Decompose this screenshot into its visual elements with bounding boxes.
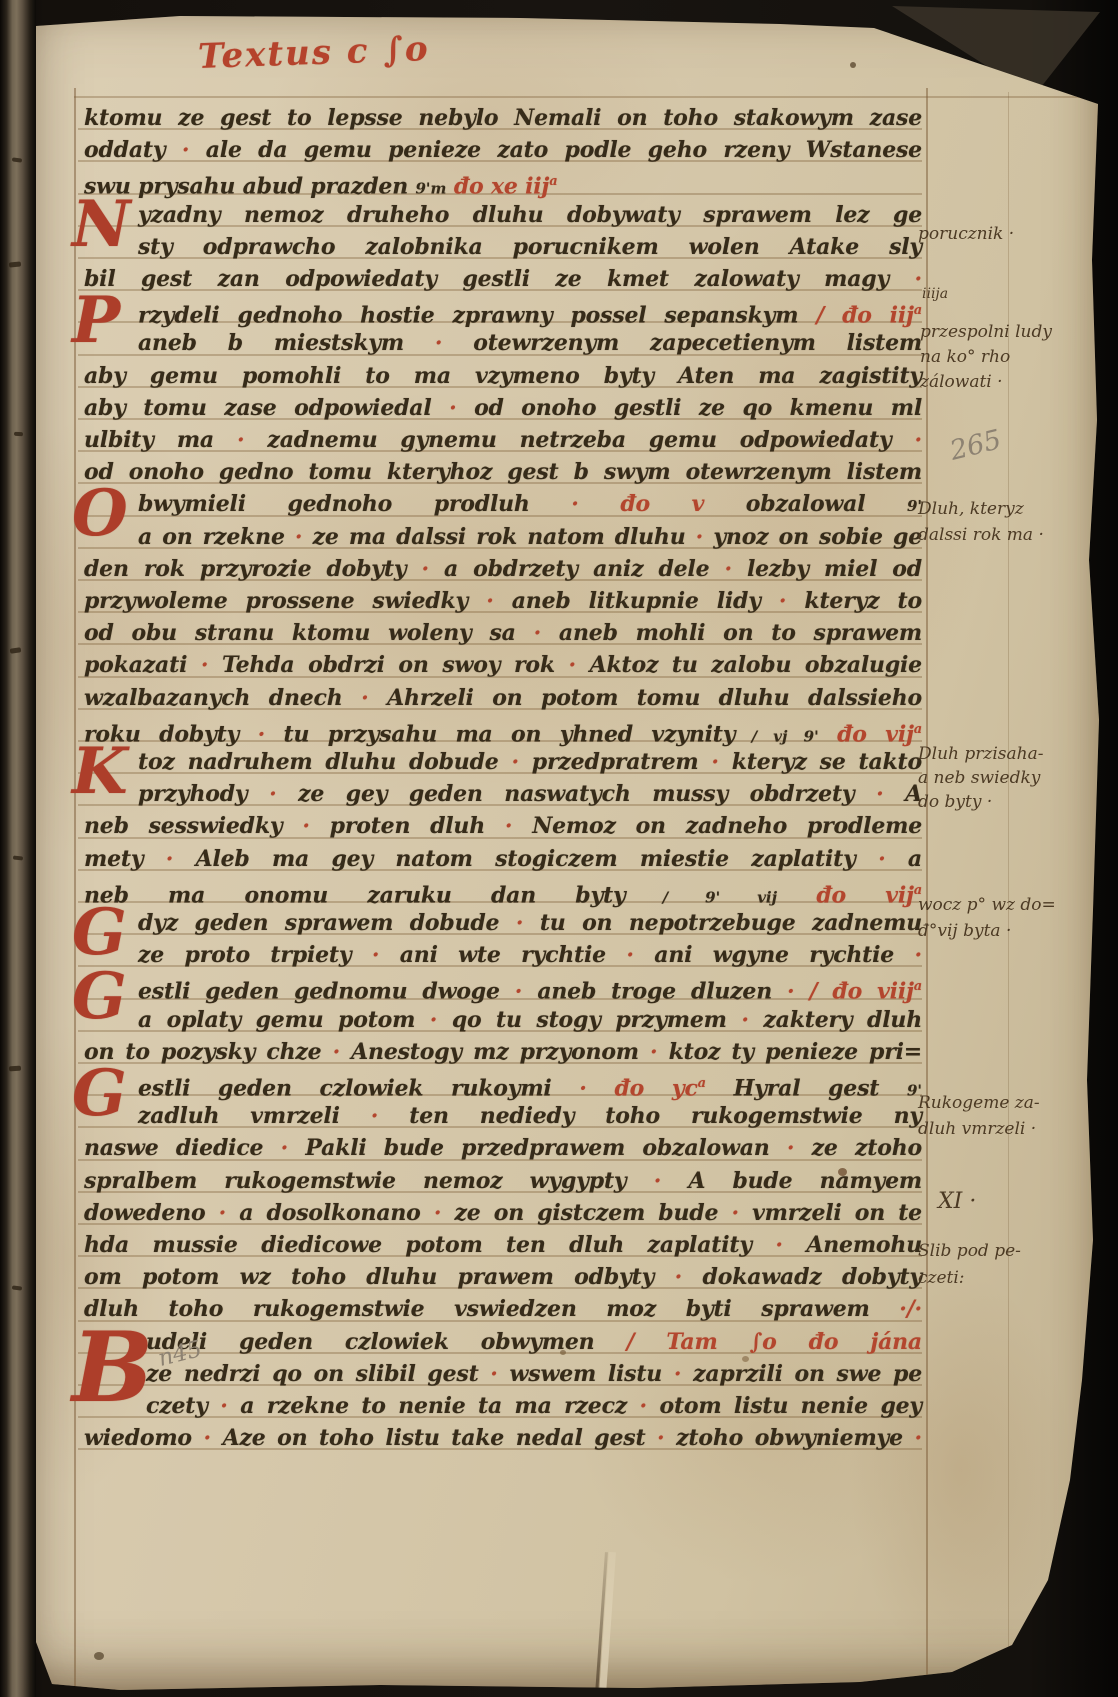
rubric-text: · xyxy=(404,330,473,356)
body-text: Tehda obdrzi on swoy rok xyxy=(222,652,555,678)
manuscript-line: dyz geden sprawem dobude · tu on nepotrz… xyxy=(84,907,922,941)
rubric-text: / Tam ∫o đo jána xyxy=(594,1329,922,1355)
body-text: otewrzenym zapecetienym listem xyxy=(473,330,922,356)
manuscript-line: przyhody · ze gey geden naswatych mussy … xyxy=(84,778,922,812)
manuscript-line: ze nedrzi qo on slibil gest · wswem list… xyxy=(84,1358,922,1392)
body-text: ten nediedy toho rukogemstwie ny xyxy=(409,1103,922,1129)
page-edge-fragment xyxy=(14,432,23,437)
margin-note-line: czeti: xyxy=(918,1265,1021,1292)
body-text: ktoz ty penieze pri= xyxy=(669,1039,922,1065)
margin-note-line: 265 xyxy=(948,428,1004,464)
body-text: om potom wz toho dluhu prawem odbyty xyxy=(84,1264,654,1290)
rubric-text: · xyxy=(214,427,267,453)
margin-note-line: XI · xyxy=(938,1190,976,1214)
manuscript-line: ktomu ze gest to lepsse nebylo Nemali on… xyxy=(84,102,922,136)
margin-note: Rukogeme za-dluh vmrzeli · xyxy=(918,1090,1040,1142)
body-text: Aktoz tu zalobu obzalugie xyxy=(590,652,922,678)
rubric-text: đo xe iij xyxy=(446,174,549,200)
manuscript-line: neb ma onomu zaruku dan byty / 9' vij đo… xyxy=(84,875,922,909)
body-text: dokawadz dobyty xyxy=(703,1264,922,1290)
illuminated-initial: G xyxy=(72,967,127,1028)
body-text: ynoz on sobie ge xyxy=(713,524,922,550)
rubric-text: · xyxy=(208,1393,240,1419)
body-text: spralbem rukogemstwie nemoz wygypty xyxy=(84,1168,627,1194)
body-text: ze on gistczem bude xyxy=(455,1200,719,1226)
body-text: pokazati xyxy=(84,652,187,678)
rubric-text: · xyxy=(770,1135,812,1161)
rubric-text: · xyxy=(855,781,906,807)
body-text: a dosolkonano xyxy=(239,1200,420,1226)
body-text: ze gey geden naswatych mussy obdrzety xyxy=(298,781,854,807)
rubric-text: · xyxy=(516,620,559,646)
margin-note: wocz p° wz do=đ°vij byta · xyxy=(918,892,1056,944)
manuscript-line: toz nadruhem dluhu dobude · przedpratrem… xyxy=(84,746,922,780)
rubric-text: · xyxy=(248,781,299,807)
manuscript-line: yzadny nemoz druheho dluhu dobywaty spra… xyxy=(84,199,922,233)
body-text: proten dluh xyxy=(330,813,485,839)
margin-note-line: a neb swiedky xyxy=(918,766,1043,790)
manuscript-line: naswe diedice · Pakli bude przedprawem o… xyxy=(84,1132,922,1166)
margin-note-line: Dluh, kteryz xyxy=(918,496,1044,522)
body-text: / 9' vij xyxy=(626,888,777,906)
margin-note: Slib pod pe-czeti: xyxy=(918,1238,1021,1292)
body-text: udeli geden czlowiek obwymen xyxy=(146,1329,594,1355)
rubric-text: · xyxy=(285,524,313,550)
body-text: zaprzili on swe pe xyxy=(693,1361,922,1387)
body-text: bil gest zan odpowiedaty gestli ze kmet … xyxy=(84,266,889,292)
body-text: Pakli bude przedprawem obzalowan xyxy=(305,1135,769,1161)
margin-note-line: dalssi rok ma · xyxy=(918,522,1044,548)
manuscript-line: spralbem rukogemstwie nemoz wygypty · A … xyxy=(84,1165,922,1199)
margin-note: Dluh przisaha-a neb swiedkydo byty · xyxy=(918,742,1043,814)
rubric-text: · đo yc xyxy=(552,1075,698,1101)
rubric-text: · xyxy=(709,556,747,582)
body-text: tu on nepotrzebuge zadnemu xyxy=(540,910,922,936)
rubric-text: · xyxy=(606,942,654,968)
manuscript-line: den rok przyrozie dobyty · a obdrzety an… xyxy=(84,553,922,587)
manuscript-line: aby gemu pomohli to ma vzymeno byty Aten… xyxy=(84,360,922,394)
rubric-text: · xyxy=(892,427,922,453)
manuscript-line: wzalbazanych dnech · Ahrzeli on potom to… xyxy=(84,682,922,716)
manuscript-line: przywoleme prossene swiedky · aneb litku… xyxy=(84,585,922,619)
manuscript-line: wiedomo · Aze on toho listu take nedal g… xyxy=(84,1422,922,1456)
rubric-text: · xyxy=(340,1103,409,1129)
body-text: rzydeli gednoho hostie zprawny possel se… xyxy=(138,303,798,329)
body-text: przywoleme prossene swiedky xyxy=(84,588,468,614)
rubric-text: đo vij xyxy=(777,882,914,908)
margin-note-line: Rukogeme za- xyxy=(918,1090,1040,1116)
body-text: aneb litkupnie lidy xyxy=(512,588,761,614)
body-text: yzadny nemoz druheho dluhu dobywaty spra… xyxy=(138,202,922,228)
body-text: ktomu ze gest to lepsse nebylo Nemali on… xyxy=(84,105,922,131)
manuscript-line: swu prysahu abud prazden 9'm đo xe iija xyxy=(84,166,922,200)
body-text: wiedomo xyxy=(84,1425,192,1451)
illuminated-initial: B xyxy=(72,1322,153,1413)
manuscript-line: rzydeli gednoho hostie zprawny possel se… xyxy=(84,295,922,329)
manuscript-line: a on rzekne · ze ma dalssi rok natom dlu… xyxy=(84,521,922,555)
body-text: a oplaty gemu potom xyxy=(138,1007,415,1033)
rubric-text: · xyxy=(421,1200,455,1226)
rubric-text: · xyxy=(479,1361,510,1387)
body-text: otom listu nenie gey xyxy=(659,1393,922,1419)
rubric-text: a xyxy=(549,174,557,189)
body-text: Aleb ma gey natom stogiczem miestie zapl… xyxy=(196,846,856,872)
rubric-text: · xyxy=(627,1393,659,1419)
body-text: aneb mohli on to sprawem xyxy=(559,620,922,646)
margin-note: Dluh, kteryzdalssi rok ma · xyxy=(918,496,1044,548)
body-text: dowedeno xyxy=(84,1200,205,1226)
body-text: Anestogy mz przyonom xyxy=(351,1039,639,1065)
ruled-line xyxy=(74,96,1084,98)
margin-note-line: porucznik · xyxy=(918,222,1014,246)
rubric-text: · xyxy=(415,1007,452,1033)
manuscript-line: bwymieli gednoho prodluh · đo v obzalowa… xyxy=(84,488,922,522)
margin-note-line: Dluh przisaha- xyxy=(918,742,1043,766)
margin-note-line: Slib pod pe- xyxy=(918,1238,1021,1265)
body-text: estli geden czlowiek rukoymi xyxy=(138,1075,552,1101)
manuscript-line: sty odprawcho zalobnika porucnikem wolen… xyxy=(84,231,922,265)
margin-note: przespolni ludyna ko° rhozálowati · xyxy=(920,320,1052,395)
rubric-text: · xyxy=(654,1264,702,1290)
manuscript-line: oddaty · ale da gemu penieze zato podle … xyxy=(84,134,922,168)
manuscript-line: od onoho gedno tomu kteryhoz gest b swym… xyxy=(84,456,922,490)
body-text: qo tu stogy przymem xyxy=(452,1007,727,1033)
rubric-text: · xyxy=(485,813,532,839)
body-text: lezby miel od xyxy=(747,556,922,582)
rubric-text: · xyxy=(627,1168,689,1194)
rubric-text: · xyxy=(192,1425,223,1451)
body-text: a xyxy=(908,846,922,872)
margin-note: iiija xyxy=(922,282,948,306)
margin-note-line: đ°vij byta · xyxy=(918,918,1056,944)
rubric-text: / đo iij xyxy=(798,303,913,329)
rubric-text: · xyxy=(343,685,388,711)
body-text: oddaty xyxy=(84,137,165,163)
rubric-text: · xyxy=(662,1361,693,1387)
rubric-text: · xyxy=(165,137,205,163)
rubric-text: ·/· xyxy=(870,1296,922,1322)
body-text: ulbity ma xyxy=(84,427,214,453)
body-text: zadluh vmrzeli xyxy=(138,1103,340,1129)
rubric-text: a xyxy=(914,722,922,737)
rubric-text: · xyxy=(406,556,444,582)
body-text: a rzekne to nenie ta ma rzecz xyxy=(240,1393,627,1419)
manuscript-line: hda mussie diedicowe potom ten dluh zapl… xyxy=(84,1229,922,1263)
body-text: a obdrzety aniz dele xyxy=(444,556,709,582)
rubric-text: · xyxy=(555,652,590,678)
rubric-text: · xyxy=(903,1425,922,1451)
body-text: bwymieli gednoho prodluh xyxy=(138,491,530,517)
rubric-text: · xyxy=(351,942,399,968)
body-text: mety xyxy=(84,846,143,872)
body-text: toz nadruhem dluhu dobude xyxy=(138,749,499,775)
page-edge-stack xyxy=(0,0,36,1697)
rubric-text: · xyxy=(718,1200,752,1226)
margin-note-line: przespolni ludy xyxy=(920,320,1052,345)
rubric-text: · đo v xyxy=(530,491,704,517)
rubric-text: · xyxy=(499,749,532,775)
manuscript-photo: Textus c ∫o ktomu ze gest to lepsse neby… xyxy=(0,0,1118,1697)
rubric-text: · xyxy=(468,588,512,614)
margin-note-line: do byty · xyxy=(918,790,1043,814)
margin-note-line: na ko° rho xyxy=(920,345,1052,370)
rubric-title: Textus c ∫o xyxy=(197,32,430,74)
rubric-text: · xyxy=(321,1039,351,1065)
rubric-text: · xyxy=(239,721,283,747)
rubric-text: · xyxy=(761,588,805,614)
body-text: ani wte rychtie xyxy=(400,942,606,968)
illuminated-initial: N xyxy=(72,195,131,256)
manuscript-line: estli geden gednomu dwoge · aneb troge d… xyxy=(84,971,922,1005)
manuscript-line: mety · Aleb ma gey natom stogiczem miest… xyxy=(84,843,922,877)
manuscript-line: dowedeno · a dosolkonano · ze on gistcze… xyxy=(84,1197,922,1231)
body-text: swu prysahu abud prazden xyxy=(84,174,415,200)
margin-note-line: dluh vmrzeli · xyxy=(918,1116,1040,1142)
body-text: dyz geden sprawem dobude xyxy=(138,910,499,936)
body-text: ztoho obwyniemye xyxy=(676,1425,903,1451)
margin-note: 265 xyxy=(948,428,1004,464)
parchment-leaf: Textus c ∫o ktomu ze gest to lepsse neby… xyxy=(0,0,1118,1697)
rubric-text: · xyxy=(856,846,908,872)
body-text: od onoho gestli ze qo kmenu ml xyxy=(474,395,922,421)
rubric-text: · xyxy=(499,910,539,936)
rubric-text: đo vij xyxy=(819,721,914,747)
body-text: naswe diedice xyxy=(84,1135,263,1161)
rubric-text: · xyxy=(889,266,922,292)
rubric-text: a xyxy=(914,303,922,318)
body-text: ze proto trpiety xyxy=(138,942,351,968)
rubric-text: · xyxy=(500,979,538,1005)
margin-note-line: wocz p° wz do= xyxy=(918,892,1056,918)
body-text: Hyral gest xyxy=(706,1075,907,1101)
manuscript-line: estli geden czlowiek rukoymi · đo yca Hy… xyxy=(84,1068,922,1102)
margin-note-line: zálowati · xyxy=(920,370,1052,395)
body-text: kteryz to xyxy=(804,588,922,614)
body-text: vmrzeli on te xyxy=(752,1200,922,1226)
body-text: den rok przyrozie dobyty xyxy=(84,556,406,582)
manuscript-line: aby tomu zase odpowiedal · od onoho gest… xyxy=(84,392,922,426)
illuminated-initial: G xyxy=(72,903,127,964)
manuscript-line: udeli geden czlowiek obwymen / Tam ∫o đo… xyxy=(84,1326,922,1360)
rubric-text: · xyxy=(282,813,329,839)
body-text: Anemohu xyxy=(806,1232,922,1258)
body-text: neb sesswiedky xyxy=(84,813,282,839)
manuscript-line: a oplaty gemu potom · qo tu stogy przyme… xyxy=(84,1004,922,1038)
body-text: Nemoz on zadneho prodleme xyxy=(532,813,922,839)
manuscript-line: ze proto trpiety · ani wte rychtie · ani… xyxy=(84,939,922,973)
manuscript-line: od obu stranu ktomu woleny sa · aneb moh… xyxy=(84,617,922,651)
illuminated-initial: K xyxy=(72,742,128,803)
body-text: przedpratrem xyxy=(532,749,699,775)
body-text: przyhody xyxy=(138,781,248,807)
body-text: Aze on toho listu take nedal gest xyxy=(223,1425,646,1451)
manuscript-line: pokazati · Tehda obdrzi on swoy rok · Ak… xyxy=(84,649,922,683)
rubric-text: · xyxy=(143,846,195,872)
margin-note-line: iiija xyxy=(922,282,948,306)
rubric-text: · xyxy=(205,1200,239,1226)
rubric-text: · xyxy=(432,395,475,421)
manuscript-line: zadluh vmrzeli · ten nediedy toho rukoge… xyxy=(84,1100,922,1134)
illuminated-initial: O xyxy=(72,484,128,545)
body-text: A bude namyem xyxy=(688,1168,922,1194)
ink-speck xyxy=(850,62,856,68)
rubric-text: · xyxy=(645,1425,676,1451)
body-text: aby tomu zase odpowiedal xyxy=(84,395,432,421)
body-text: zaktery dluh xyxy=(763,1007,922,1033)
body-text: ale da gemu penieze zato podle geho rzen… xyxy=(206,137,922,163)
rubric-text: · xyxy=(894,942,922,968)
body-text: estli geden gednomu dwoge xyxy=(138,979,500,1005)
body-text: dluh toho rukogemstwie vswiedzen moz byt… xyxy=(84,1296,870,1322)
body-text: od onoho gedno tomu kteryhoz gest b swym… xyxy=(84,459,922,485)
manuscript-line: neb sesswiedky · proten dluh · Nemoz on … xyxy=(84,810,922,844)
body-text: aby gemu pomohli to ma vzymeno byty Aten… xyxy=(84,363,922,389)
rubric-text: a xyxy=(914,979,922,994)
body-text: tu przysahu ma on yhned vzynity xyxy=(284,721,736,747)
manuscript-line: dluh toho rukogemstwie vswiedzen moz byt… xyxy=(84,1293,922,1327)
body-text: a on rzekne xyxy=(138,524,285,550)
illuminated-initial: G xyxy=(72,1064,127,1125)
rubric-text: · xyxy=(686,524,714,550)
manuscript-line: roku dobyty · tu przysahu ma on yhned vz… xyxy=(84,714,922,748)
ink-speck xyxy=(94,1652,104,1660)
body-text: obzalowal xyxy=(704,491,907,517)
body-text: / vj 9' xyxy=(735,727,818,745)
body-text: sty odprawcho zalobnika porucnikem wolen… xyxy=(138,234,922,260)
manuscript-line: czety · a rzekne to nenie ta ma rzecz · … xyxy=(84,1390,922,1424)
body-text: neb ma onomu zaruku dan byty xyxy=(84,882,626,908)
manuscript-line: on to pozysky chze · Anestogy mz przyono… xyxy=(84,1036,922,1070)
body-text: ze ztoho xyxy=(812,1135,922,1161)
margin-note: XI · xyxy=(938,1190,976,1214)
rubric-text: · xyxy=(263,1135,305,1161)
body-text: ze ma dalssi rok natom dluhu xyxy=(313,524,686,550)
body-text: aneb b miestskym xyxy=(138,330,404,356)
rubric-text: · xyxy=(727,1007,764,1033)
manuscript-line: bil gest zan odpowiedaty gestli ze kmet … xyxy=(84,263,922,297)
body-text: czety xyxy=(146,1393,208,1419)
body-text: Ahrzeli on potom tomu dluhu dalssieho xyxy=(387,685,922,711)
manuscript-line: ulbity ma · zadnemu gynemu netrzeba gemu… xyxy=(84,424,922,458)
body-text: wswem listu xyxy=(510,1361,663,1387)
manuscript-line: om potom wz toho dluhu prawem odbyty · d… xyxy=(84,1261,922,1295)
body-text: ze nedrzi qo on slibil gest xyxy=(146,1361,479,1387)
body-text: kteryz se takto xyxy=(732,749,922,775)
rubric-text: · xyxy=(752,1232,806,1258)
body-text: zadnemu gynemu netrzeba gemu odpowiedaty xyxy=(267,427,891,453)
body-text: aneb troge dluzen xyxy=(537,979,772,1005)
manuscript-line: aneb b miestskym · otewrzenym zapecetien… xyxy=(84,327,922,361)
rubric-text: · xyxy=(187,652,222,678)
body-text: hda mussie diedicowe potom ten dluh zapl… xyxy=(84,1232,752,1258)
rubric-text: · xyxy=(699,749,732,775)
rubric-text: a xyxy=(698,1076,706,1091)
page-edge-fragment xyxy=(9,1066,21,1072)
body-text: ani wgyne rychtie xyxy=(654,942,894,968)
illuminated-initial: P xyxy=(72,291,120,352)
body-text: wzalbazanych dnech xyxy=(84,685,343,711)
rubric-text: · xyxy=(639,1039,669,1065)
body-text: 9'm xyxy=(415,180,446,198)
body-text: od obu stranu ktomu woleny sa xyxy=(84,620,516,646)
rubric-text: · / đo viij xyxy=(772,979,914,1005)
margin-note: porucznik · xyxy=(918,222,1014,246)
